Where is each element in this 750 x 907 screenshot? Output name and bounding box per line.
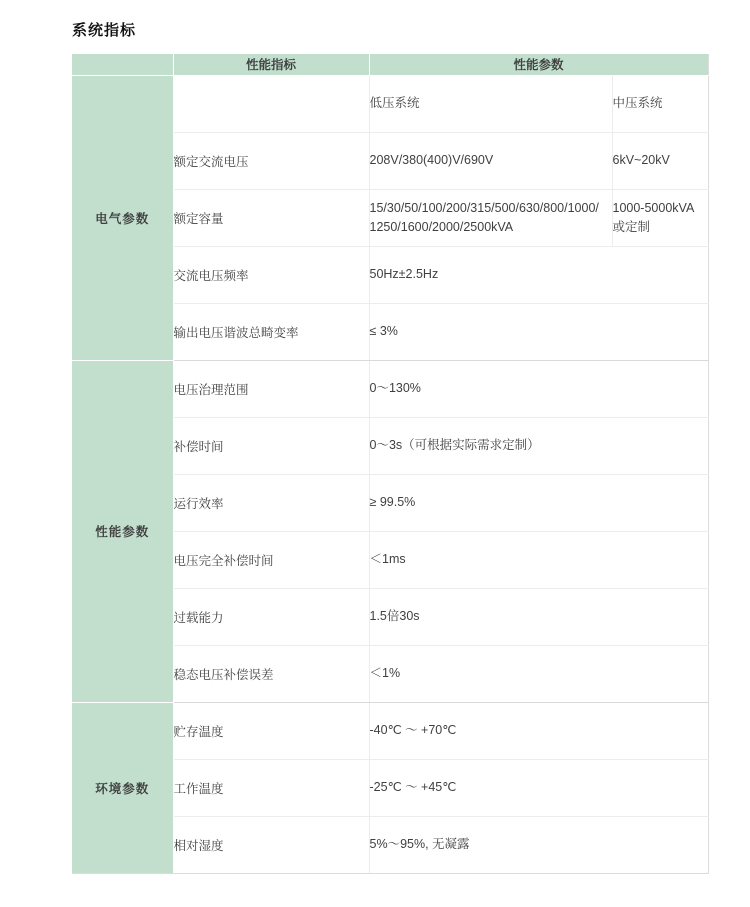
group-cell-electrical: 电气参数 [72,75,173,360]
row-label-cell: 稳态电压补偿误差 [173,645,369,702]
row-value-cell: -25℃ ～ +45℃ [369,759,708,816]
table-row: 性能参数 电压治理范围 0～130% [72,360,708,417]
subheader-low-voltage-cell: 低压系统 [369,75,612,132]
row-label-cell: 交流电压频率 [173,246,369,303]
row-label-cell: 电压完全补偿时间 [173,531,369,588]
row-label-cell: 补偿时间 [173,417,369,474]
page-title: 系统指标 [72,19,750,40]
row-value-cell: 0～130% [369,360,708,417]
row-value-cell: -40℃ ～ +70℃ [369,702,708,759]
row-label-cell: 工作温度 [173,759,369,816]
group-cell-performance: 性能参数 [72,360,173,702]
row-label-cell: 相对湿度 [173,816,369,873]
row-value-cell: ＜1ms [369,531,708,588]
row-value-cell: ≤ 3% [369,303,708,360]
row-label-cell: 输出电压谐波总畸变率 [173,303,369,360]
spec-table: 性能指标 性能参数 电气参数 低压系统 中压系统 额定交流电压 208V/380… [72,54,709,874]
row-value-cell: 50Hz±2.5Hz [369,246,708,303]
row-value-mid-cell: 1000-5000kVA 或定制 [612,189,708,246]
header-blank-cell [72,54,173,75]
group-cell-environment: 环境参数 [72,702,173,873]
row-label-cell: 过载能力 [173,588,369,645]
row-value-mid-cell: 6kV~20kV [612,132,708,189]
row-value-cell: ≥ 99.5% [369,474,708,531]
row-value-cell: 0～3s（可根据实际需求定制） [369,417,708,474]
row-label-cell: 额定交流电压 [173,132,369,189]
table-header-row: 性能指标 性能参数 [72,54,708,75]
row-label-cell: 电压治理范围 [173,360,369,417]
row-value-cell: 5%～95%, 无凝露 [369,816,708,873]
table-row: 环境参数 贮存温度 -40℃ ～ +70℃ [72,702,708,759]
row-value-cell: 1.5倍30s [369,588,708,645]
row-label-cell: 运行效率 [173,474,369,531]
row-value-low-cell: 208V/380(400)V/690V [369,132,612,189]
row-value-low-cell: 15/30/50/100/200/315/500/630/800/1000/ 1… [369,189,612,246]
row-label-cell [173,75,369,132]
row-label-cell: 贮存温度 [173,702,369,759]
subheader-medium-voltage-cell: 中压系统 [612,75,708,132]
header-params-cell: 性能参数 [369,54,708,75]
table-row-subheader: 电气参数 低压系统 中压系统 [72,75,708,132]
page: 系统指标 性能指标 性能参数 电气参数 低压系统 中压系统 额定交流电压 208… [0,0,750,907]
row-label-cell: 额定容量 [173,189,369,246]
header-indicator-cell: 性能指标 [173,54,369,75]
row-value-cell: ＜1% [369,645,708,702]
